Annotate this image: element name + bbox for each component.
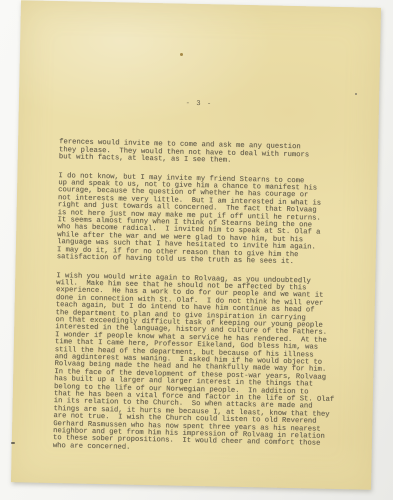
- paragraph-2: I do not know, but I may invite my frien…: [57, 173, 359, 268]
- scan-background: - 3 - ferences would invite me to come a…: [0, 0, 393, 500]
- paper-speck: [180, 53, 183, 56]
- paragraph-3: I wish you would write again to Rolvaag,…: [53, 273, 357, 457]
- letter-page: - 3 - ferences would invite me to come a…: [11, 0, 381, 489]
- paper-speck: [355, 93, 357, 95]
- paragraph-1: ferences would invite me to come and ask…: [59, 140, 359, 168]
- paper-speck: [11, 442, 15, 444]
- page-number: - 3 -: [19, 0, 381, 112]
